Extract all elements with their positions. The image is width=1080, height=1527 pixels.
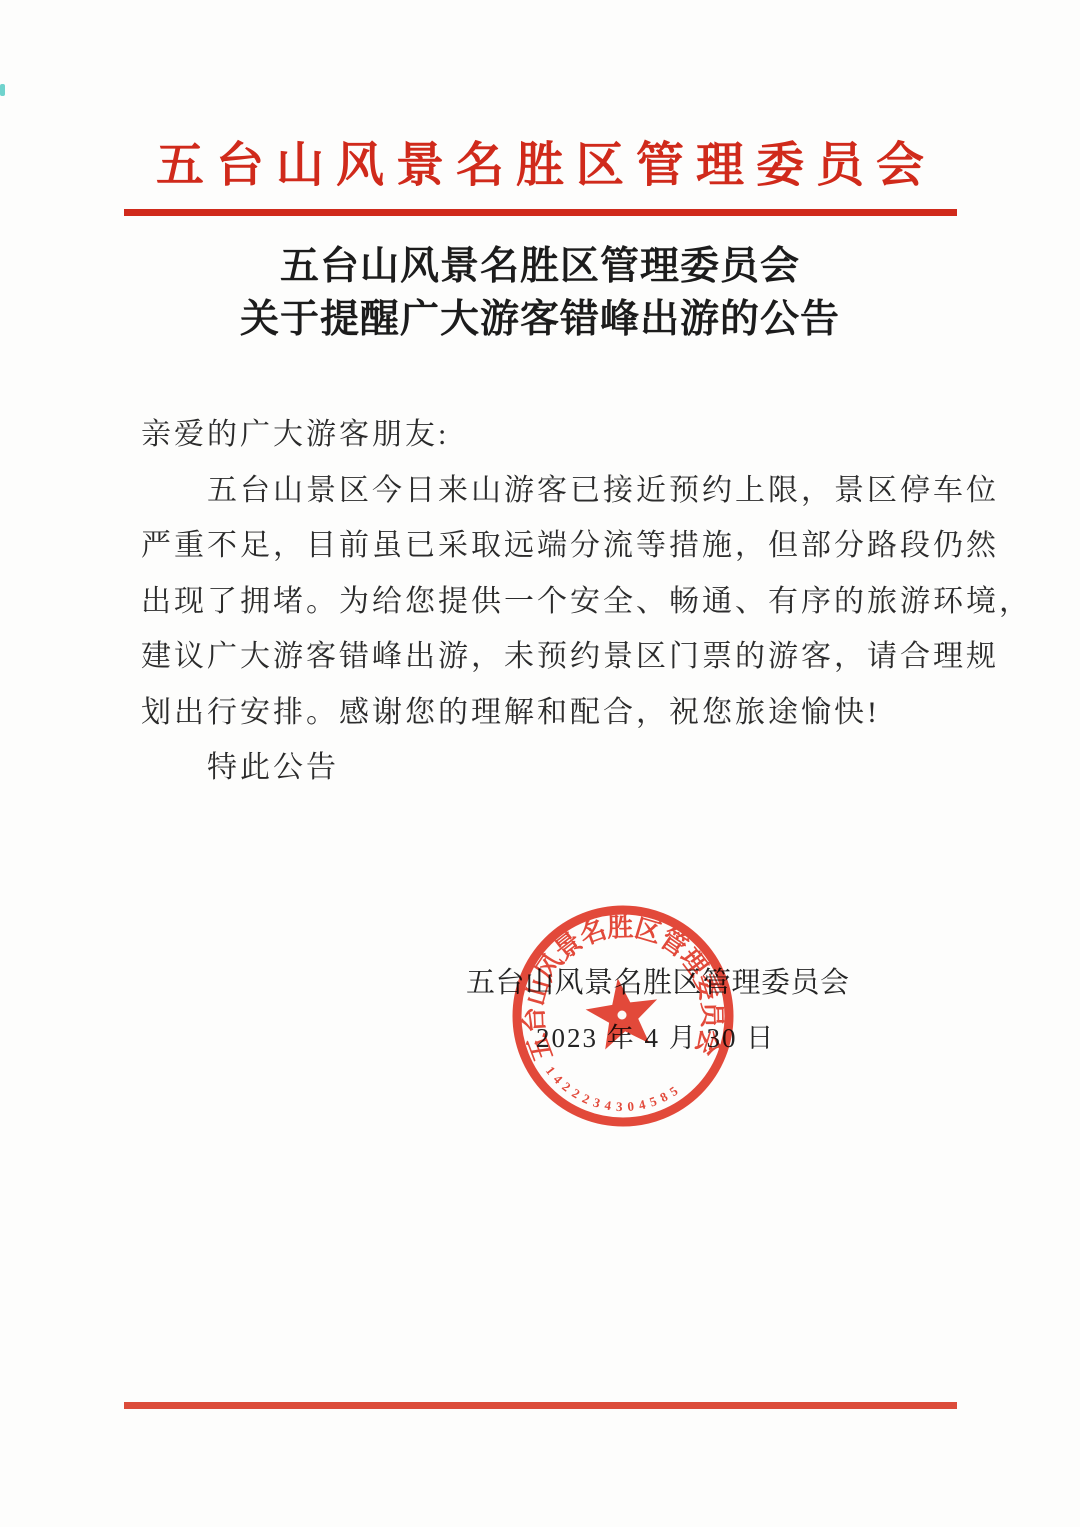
body-line: 建议广大游客错峰出游，未预约景区门票的游客，请合理规 bbox=[141, 629, 953, 685]
body-line: 严重不足，目前虽已采取远端分流等措施，但部分路段仍然 bbox=[141, 518, 953, 574]
document-title-line2: 关于提醒广大游客错峰出游的公告 bbox=[0, 293, 1080, 346]
closing-line: 特此公告 bbox=[141, 740, 953, 796]
body-line: 划出行安排。感谢您的理解和配合，祝您旅途愉快! bbox=[141, 685, 953, 741]
official-seal: 五台山风景名胜区管理委员会 1422234304585 bbox=[503, 896, 743, 1136]
letterhead-divider bbox=[124, 209, 957, 216]
footer-divider bbox=[124, 1402, 957, 1409]
document-page: 五台山风景名胜区管理委员会 五台山风景名胜区管理委员会 关于提醒广大游客错峰出游… bbox=[0, 0, 1080, 1527]
letterhead-title: 五台山风景名胜区管理委员会 bbox=[0, 126, 1080, 195]
document-title-line1: 五台山风景名胜区管理委员会 bbox=[0, 240, 1080, 293]
document-title: 五台山风景名胜区管理委员会 关于提醒广大游客错峰出游的公告 bbox=[0, 240, 1080, 346]
star-center-dot bbox=[618, 1011, 627, 1020]
notice-body: 亲爱的广大游客朋友: 五台山景区今日来山游客已接近预约上限，景区停车位 严重不足… bbox=[141, 407, 953, 796]
body-line: 五台山景区今日来山游客已接近预约上限，景区停车位 bbox=[141, 463, 953, 519]
scan-artifact bbox=[0, 84, 5, 96]
body-line: 出现了拥堵。为给您提供一个安全、畅通、有序的旅游环境， bbox=[141, 574, 953, 630]
salutation: 亲爱的广大游客朋友: bbox=[141, 407, 953, 463]
